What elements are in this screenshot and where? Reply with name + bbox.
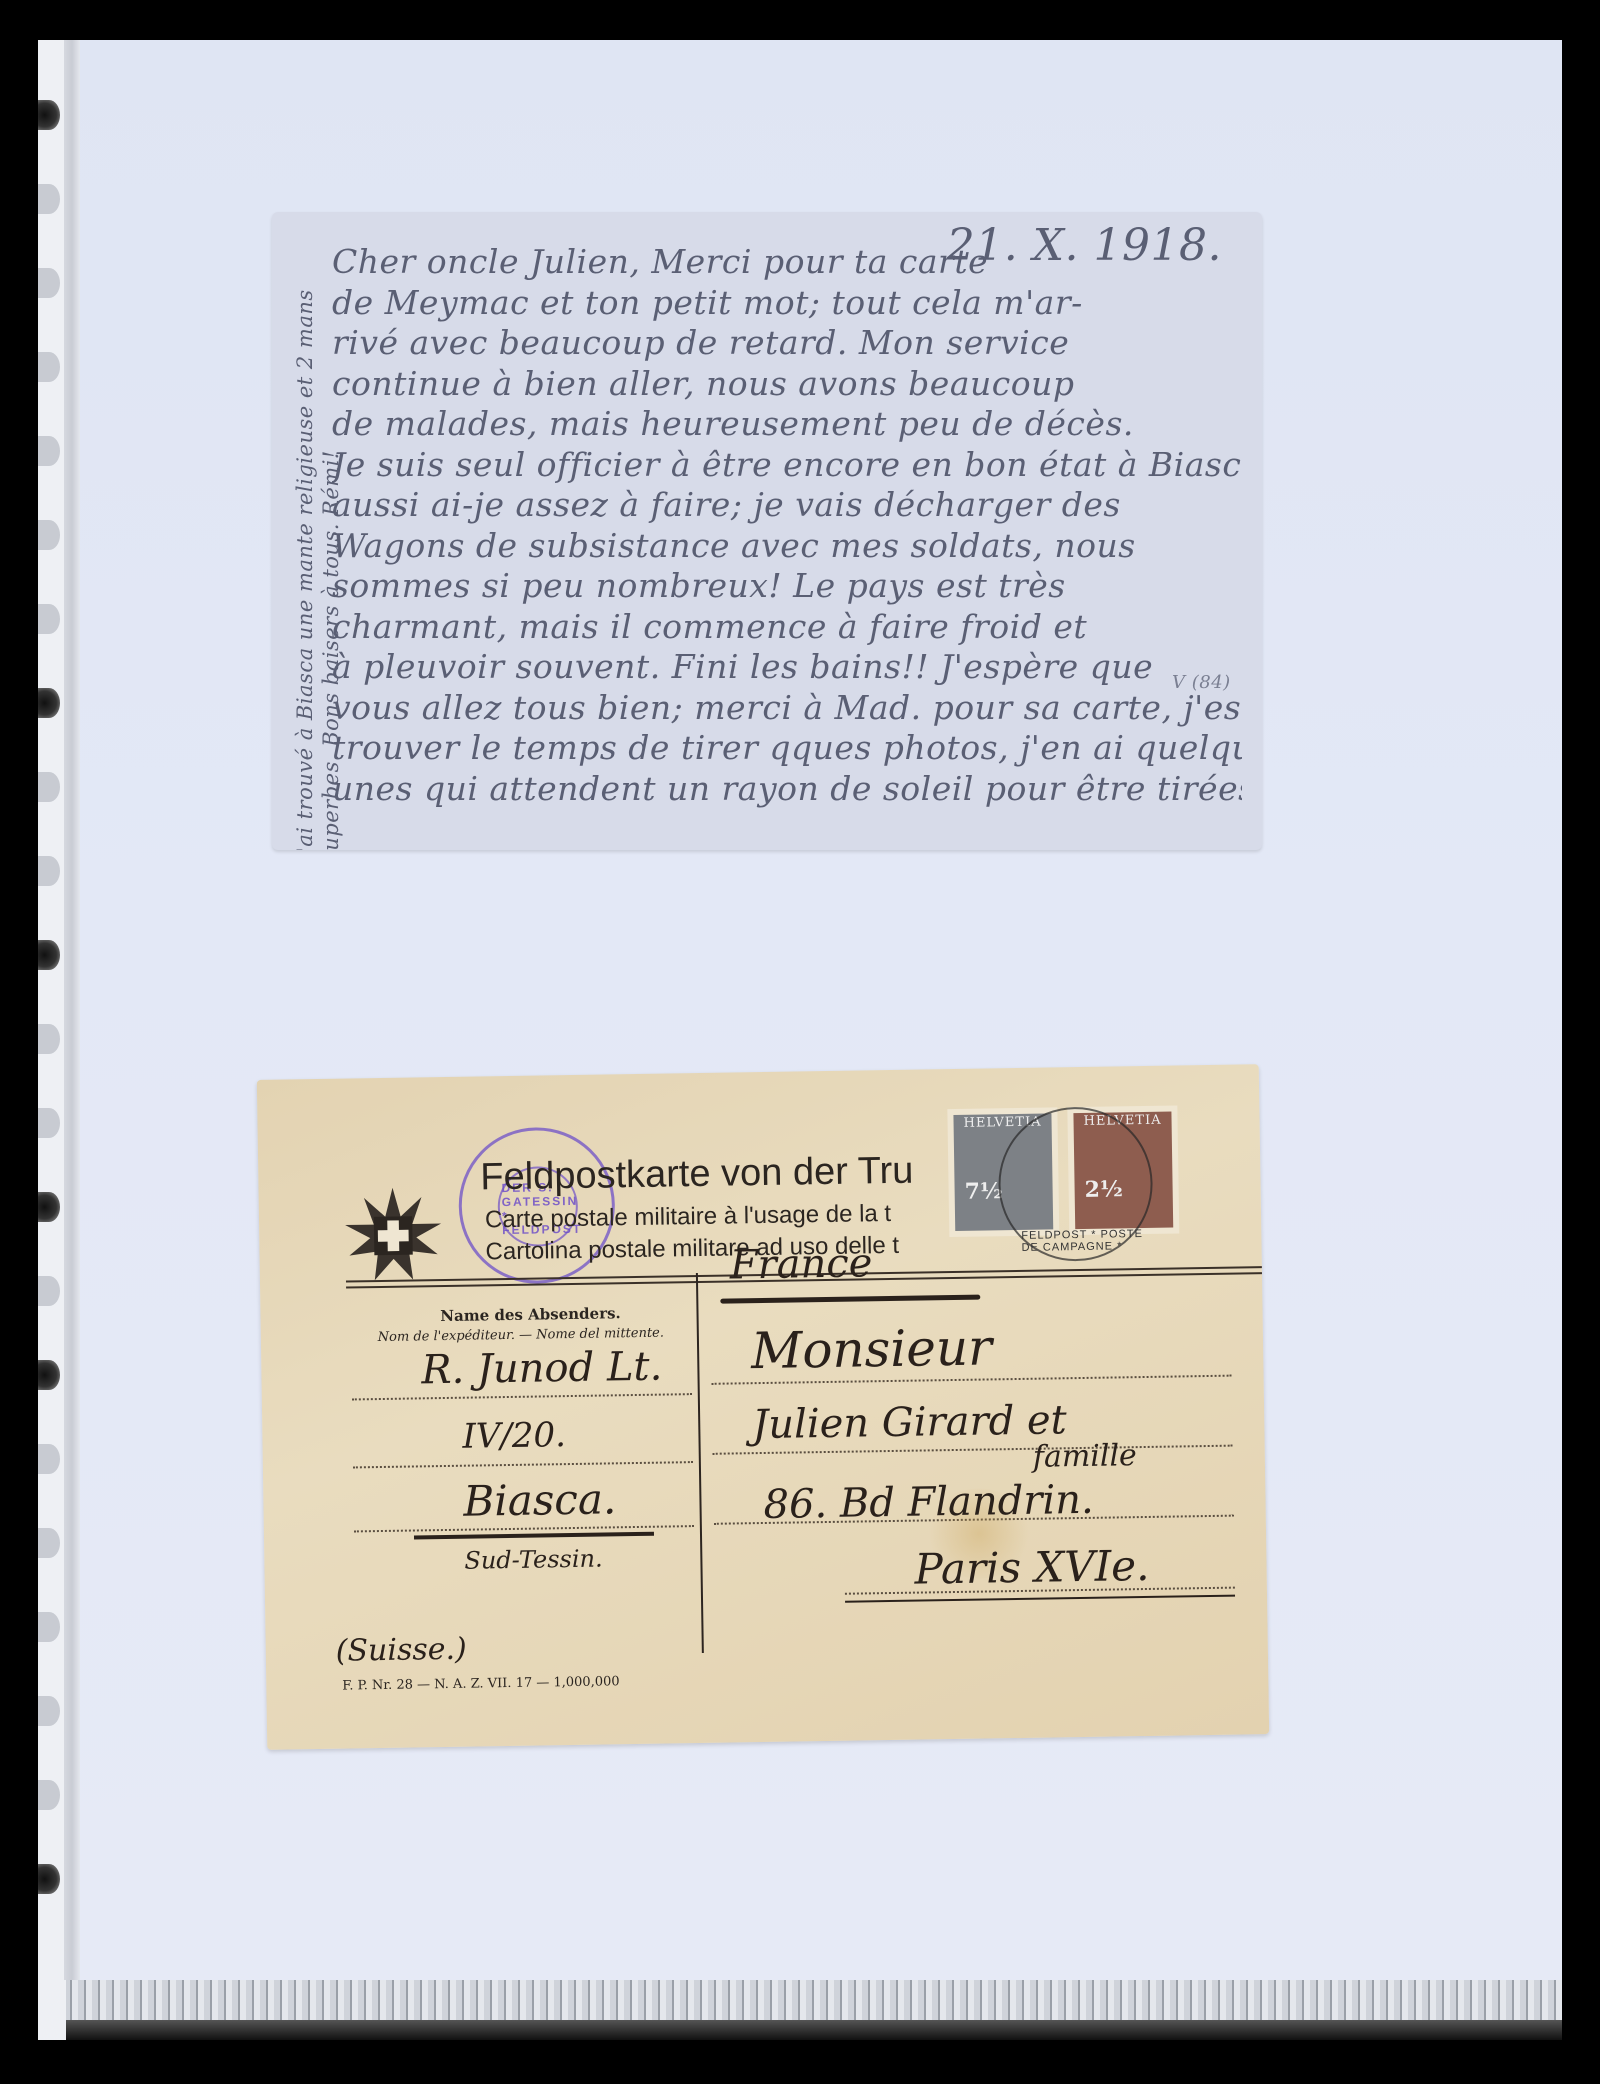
address-name-cont: famille: [1033, 1438, 1138, 1475]
swiss-cross-emblem-icon: [345, 1187, 442, 1284]
letter-line: trouver le temps de tirer qques photos, …: [332, 728, 1242, 769]
pencil-note: V (84): [1172, 672, 1231, 693]
binder-hole: [38, 1192, 60, 1222]
letter-line: charmant, mais il commence à faire froid…: [332, 607, 1242, 648]
binder-hole: [38, 352, 60, 382]
postmark: FELDPOST * POSTE DE CAMPAGNE *: [997, 1106, 1153, 1262]
binder-hole: [38, 856, 60, 886]
binder-hole: [38, 268, 60, 298]
address-street: 86. Bd Flandrin.: [763, 1477, 1094, 1528]
binder-hole: [38, 1108, 60, 1138]
binder-hole: [38, 184, 60, 214]
binder-strip-bottom: [38, 1980, 66, 2040]
sender-country: (Suisse.): [336, 1632, 468, 1669]
letter-line: aussi ai-je assez à faire; je vais décha…: [332, 485, 1242, 526]
binder-hole: [38, 688, 60, 718]
letter-line: Wagons de subsistance avec mes soldats, …: [332, 526, 1242, 567]
address-name: Julien Girard et: [752, 1397, 1067, 1448]
sender-town: Biasca.: [463, 1474, 617, 1525]
destination-country: France: [729, 1240, 872, 1288]
card-imprint: F. P. Nr. 28 — N. A. Z. VII. 17 — 1,000,…: [342, 1674, 619, 1693]
sender-name: R. Junod Lt.: [421, 1344, 663, 1394]
letter-line: Cher oncle Julien, Merci pour ta carte: [332, 242, 1242, 283]
letter-line: de malades, mais heureusement peu de déc…: [332, 404, 1242, 445]
letter-line: unes qui attendent un rayon de soleil po…: [332, 769, 1242, 810]
binder-hole: [38, 1444, 60, 1474]
binder-hole: [38, 1024, 60, 1054]
letter-line: Je suis seul officier à être encore en b…: [332, 445, 1242, 486]
binder-hole: [38, 100, 60, 130]
letter-line: de Meymac et ton petit mot; tout cela m'…: [332, 283, 1242, 324]
letter-line: à pleuvoir souvent. Fini les bains!! J'e…: [332, 647, 1242, 688]
binder-hole: [38, 604, 60, 634]
binder-hole: [38, 772, 60, 802]
letter-body: Cher oncle Julien, Merci pour ta cartede…: [332, 242, 1242, 809]
binder-hole: [38, 1612, 60, 1642]
sender-label-sub: Nom de l'expéditeur. — Nome del mittente…: [341, 1325, 701, 1346]
sleeve-bottom-edge: [64, 1980, 1562, 2040]
binder-hole: [38, 1276, 60, 1306]
card-title: Feldpostkarte von der Tru: [480, 1150, 914, 1200]
binder-hole: [38, 1696, 60, 1726]
binder-hole: [38, 1780, 60, 1810]
sender-unit: IV/20.: [462, 1415, 566, 1457]
card-subtitle-fr: Carte postale militaire à l'usage de la …: [485, 1200, 892, 1234]
address-city: Paris XVIe.: [914, 1541, 1150, 1594]
letter-line: sommes si peu nombreux! Le pays est très: [332, 566, 1242, 607]
binder-hole: [38, 436, 60, 466]
letter-line: continue à bien aller, nous avons beauco…: [332, 364, 1242, 405]
letter-line: vous allez tous bien; merci à Mad. pour …: [332, 688, 1242, 729]
sleeve-edge: [64, 40, 80, 1990]
address-salutation: Monsieur: [751, 1318, 993, 1380]
binder-hole: [38, 1864, 60, 1894]
sender-region: Sud-Tessin.: [464, 1545, 603, 1575]
postcard-feldpost: DER S. GATESSIN * FELDPOST Feldpostkarte…: [257, 1064, 1269, 1750]
binder-hole: [38, 940, 60, 970]
sender-label: Name des Absenders.: [380, 1303, 680, 1326]
binder-hole: [38, 520, 60, 550]
postcard-letter: 21. X. 1918. J'ai trouvé à Biasca une ma…: [272, 212, 1262, 850]
letter-line: rivé avec beaucoup de retard. Mon servic…: [332, 323, 1242, 364]
binder-hole: [38, 1360, 60, 1390]
binder-hole: [38, 1528, 60, 1558]
